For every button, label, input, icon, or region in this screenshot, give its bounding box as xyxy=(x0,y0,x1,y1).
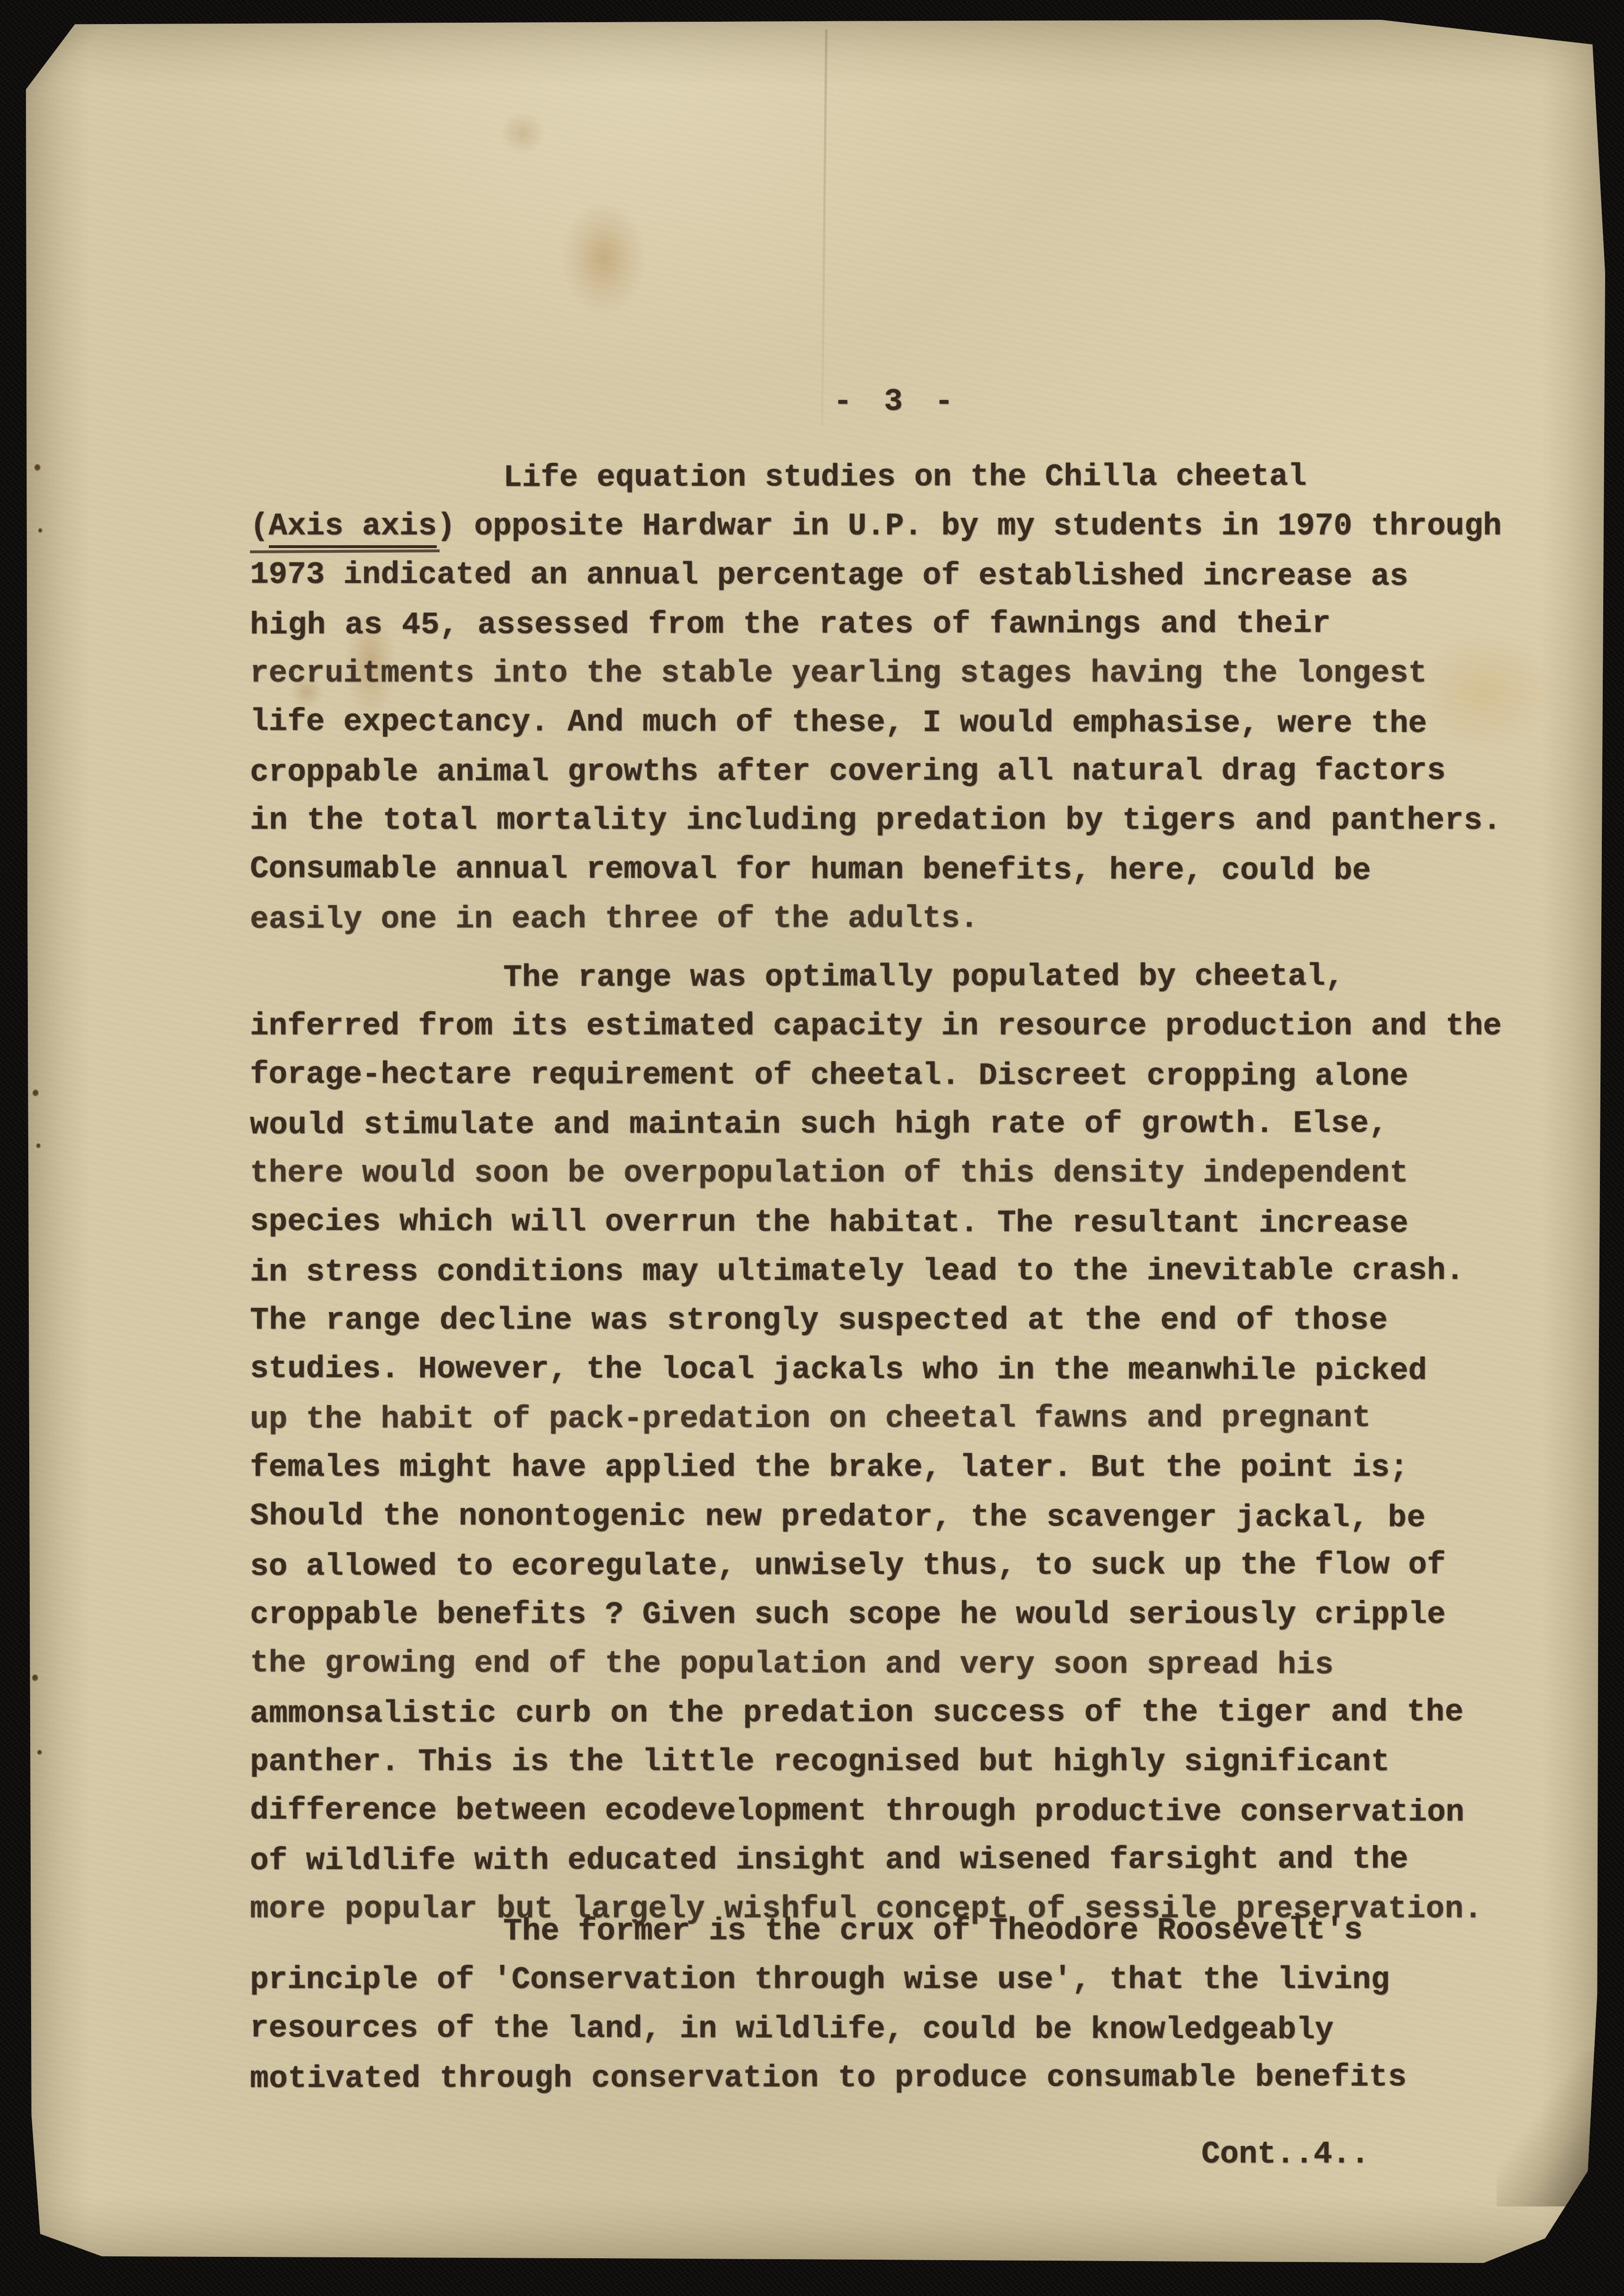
ink-speck xyxy=(38,528,42,533)
text-line: motivated through conservation to produc… xyxy=(250,2053,1571,2104)
paragraph-1: Life equation studies on the Chilla chee… xyxy=(250,453,1571,943)
text-line: 1973 indicated an annual percentage of e… xyxy=(250,550,1571,602)
text-line: inferred from its estimated capacity in … xyxy=(250,1002,1571,1051)
text-line: the growing end of the population and ve… xyxy=(250,1639,1571,1690)
page-number: - 3 - xyxy=(833,384,960,419)
ink-speck xyxy=(33,1090,39,1097)
text-line: croppable animal growths after covering … xyxy=(250,746,1571,797)
text-line: The range was optimally populated by che… xyxy=(250,952,1571,1003)
ink-speck xyxy=(36,1143,41,1148)
text-line: Should the nonontogenic new predator, th… xyxy=(250,1492,1571,1543)
paragraph-2: The range was optimally populated by che… xyxy=(250,953,1571,1934)
document-page: - 3 - Life equation studies on the Chill… xyxy=(26,20,1605,2263)
text-line: species which will overrun the habitat. … xyxy=(250,1198,1571,1249)
text-line: panther. This is the little recognised b… xyxy=(250,1738,1571,1787)
text-line: The former is the crux of Theodore Roose… xyxy=(250,1905,1571,1956)
text-line: there would soon be overpopulation of th… xyxy=(250,1149,1571,1198)
text-line: ammonsalistic curb on the predation succ… xyxy=(250,1688,1571,1739)
text-line: recruitments into the stable yearling st… xyxy=(250,649,1571,698)
paper-crease xyxy=(821,29,828,425)
stain xyxy=(561,201,646,315)
text-line: easily one in each three of the adults. xyxy=(250,893,1571,944)
text-line: The range decline was strongly suspected… xyxy=(250,1296,1571,1345)
underlined-species-name: Axis axis xyxy=(269,508,437,548)
text-line: of wildlife with educated insight and wi… xyxy=(250,1835,1571,1886)
ink-speck xyxy=(32,1674,38,1681)
stain xyxy=(500,112,545,154)
text-line: would stimulate and maintain such high r… xyxy=(250,1099,1571,1150)
text-line: principle of 'Conservation through wise … xyxy=(250,1955,1571,2005)
text-line: (Axis axis) opposite Hardwar in U.P. by … xyxy=(250,502,1571,551)
text-line: Life equation studies on the Chilla chee… xyxy=(250,452,1571,503)
paragraph-3: The former is the crux of Theodore Roose… xyxy=(250,1906,1571,2103)
text-line: croppable benefits ? Given such scope he… xyxy=(250,1590,1571,1639)
text-line: difference between ecodevelopment throug… xyxy=(250,1786,1571,1838)
text-line: Consumable annual removal for human bene… xyxy=(250,845,1571,896)
text-segment: ) opposite Hardwar in U.P. by my student… xyxy=(437,508,1502,544)
text-line: high as 45, assessed from the rates of f… xyxy=(250,599,1571,650)
text-line: resources of the land, in wildlife, coul… xyxy=(250,2004,1571,2055)
text-line: up the habit of pack-predation on cheeta… xyxy=(250,1393,1571,1444)
text-line: in the total mortality including predati… xyxy=(250,796,1571,845)
text-line: in stress conditions may ultimately lead… xyxy=(250,1246,1571,1297)
text-line: so allowed to ecoregulate, unwisely thus… xyxy=(250,1540,1571,1591)
ink-speck xyxy=(34,464,41,471)
text-line: studies. However, the local jackals who … xyxy=(250,1345,1571,1396)
ink-speck xyxy=(37,1750,42,1755)
continuation-note: Cont..4.. xyxy=(1201,2137,1369,2172)
text-line: females might have applied the brake, la… xyxy=(250,1443,1571,1492)
text-line: life expectancy. And much of these, I wo… xyxy=(250,698,1571,749)
text-segment: ( xyxy=(250,508,269,544)
text-line: forage-hectare requirement of cheetal. D… xyxy=(250,1050,1571,1102)
